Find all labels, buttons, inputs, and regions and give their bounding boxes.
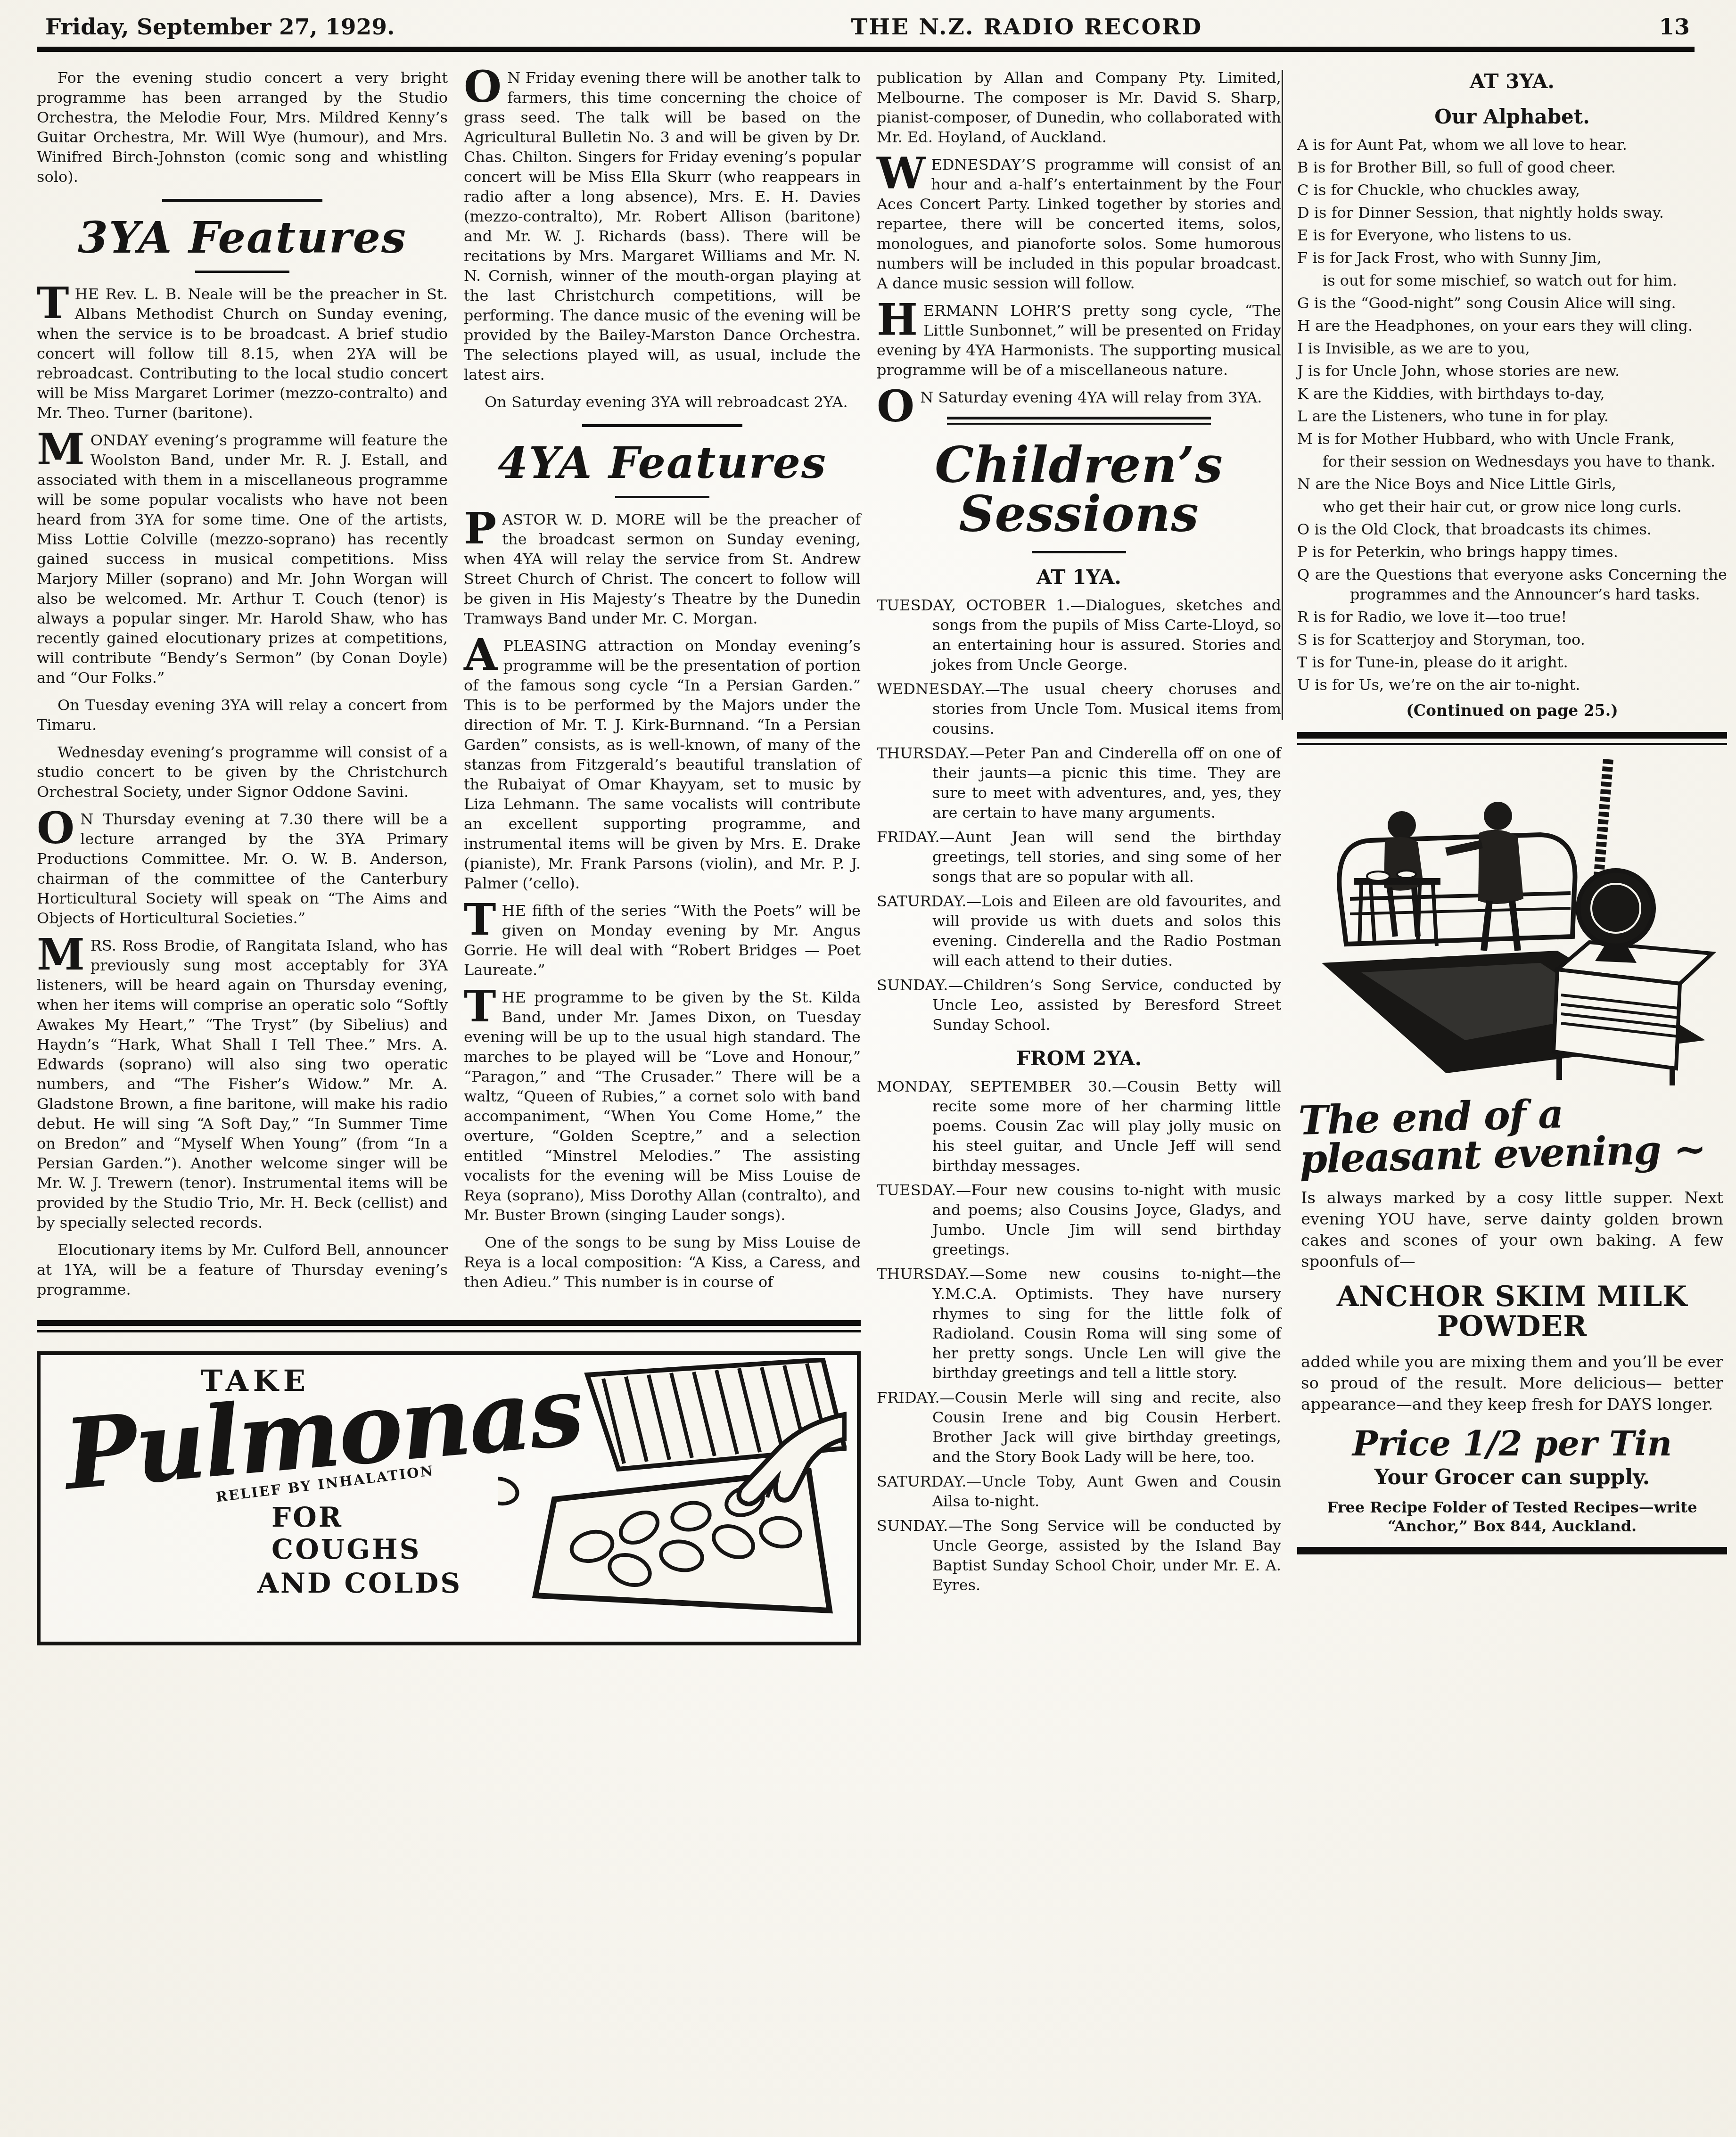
paragraph-text: HE fifth of the series “With the Poets” … [464,902,861,979]
paragraph-text: ONDAY evening’s programme will feature t… [37,431,448,687]
anchor-ad-headline: The end of a pleasant evening ~ [1298,1090,1728,1179]
article-paragraph: One of the songs to be sung by Miss Loui… [464,1233,861,1292]
alphabet-line: G is the “Good-night” song Cousin Alice … [1297,293,1727,313]
anchor-product-name: ANCHOR SKIM MILK POWDER [1297,1282,1727,1341]
ad-bottom-rule [1297,1547,1727,1554]
alphabet-line: C is for Chuckle, who chuckles away, [1297,180,1727,200]
masthead: Friday, September 27, 1929. THE N.Z. RAD… [37,10,1695,40]
masthead-title: THE N.Z. RADIO RECORD [851,14,1203,40]
article-paragraph: THE fifth of the series “With the Poets”… [464,901,861,980]
article-paragraph: ON Thursday evening at 7.30 there will b… [37,809,448,928]
drop-cap: H [877,304,918,336]
newspaper-page: Friday, September 27, 1929. THE N.Z. RAD… [0,0,1736,1645]
paragraph-text: HE programme to be given by the St. Kild… [464,988,861,1224]
session-entry: SUNDAY.—Children’s Song Service, conduct… [877,975,1281,1035]
session-entry: MONDAY, SEPTEMBER 30.—Cousin Betty will … [877,1077,1281,1175]
paragraph-text: ASTOR W. D. MORE will be the preacher of… [464,510,861,627]
article-paragraph: ON Friday evening there will be another … [464,68,861,385]
alphabet-line-continuation: who get their hair cut, or grow nice lon… [1297,497,1727,517]
continued-note: (Continued on page 25.) [1297,701,1727,720]
drop-cap: M [37,938,85,970]
anchor-price: Price 1/2 per Tin [1297,1427,1727,1461]
section-heading-3ya: 3YA Features [37,216,448,259]
article-paragraph: Elocutionary items by Mr. Culford Bell, … [37,1240,448,1299]
column-2: ON Friday evening there will be another … [464,68,861,1307]
drop-cap: T [37,287,69,319]
ad-top-rule [1297,732,1727,745]
subheading-from-2ya: FROM 2YA. [877,1047,1281,1070]
alphabet-line: I is Invisible, as we are to you, [1297,338,1727,358]
columns-grid: For the evening studio concert a very br… [37,68,1695,1645]
article-paragraph: ON Saturday evening 4YA will relay from … [877,387,1281,407]
alphabet-line: P is for Peterkin, who brings happy time… [1297,542,1727,562]
drop-cap: T [464,904,496,936]
page-number: 13 [1659,14,1690,40]
divider-double-rule [947,417,1211,425]
ad-separator-rule [37,1320,861,1332]
pulmonas-use-line1: FOR COUGHS [272,1501,498,1565]
divider-rule [582,424,742,427]
column-3: publication by Allan and Company Pty. Li… [877,68,1281,1645]
drop-cap: T [464,990,496,1022]
anchor-ad-body: Is always marked by a cosy little supper… [1301,1188,1723,1273]
column-4: AT 3YA. Our Alphabet. A is for Aunt Pat,… [1297,68,1727,1645]
alphabet-line: S is for Scatterjoy and Storyman, too. [1297,630,1727,649]
article-paragraph: MONDAY evening’s programme will feature … [37,430,448,688]
drop-cap: O [464,71,502,103]
article-paragraph: publication by Allan and Company Pty. Li… [877,68,1281,147]
article-paragraph: PASTOR W. D. MORE will be the preacher o… [464,510,861,628]
alphabet-line: J is for Uncle John, whose stories are n… [1297,361,1727,381]
alphabet-section: AT 3YA. Our Alphabet. A is for Aunt Pat,… [1282,70,1727,720]
paragraph-text: EDNESDAY’S programme will consist of an … [877,156,1281,292]
alphabet-line: A is for Aunt Pat, whom we all love to h… [1297,135,1727,155]
alphabet-line: H are the Headphones, on your ears they … [1297,316,1727,336]
alphabet-line: Q are the Questions that everyone asks C… [1297,565,1727,604]
subheading-our-alphabet: Our Alphabet. [1297,105,1727,128]
article-paragraph: For the evening studio concert a very br… [37,68,448,187]
article-paragraph: A PLEASING attraction on Monday evening’… [464,636,861,893]
alphabet-line-continuation: is out for some mischief, so watch out f… [1297,271,1727,290]
alphabet-line: N are the Nice Boys and Nice Little Girl… [1297,474,1727,494]
drop-cap: W [877,157,925,189]
article-paragraph: THE Rev. L. B. Neale will be the preache… [37,284,448,423]
article-paragraph: On Saturday evening 3YA will rebroadcast… [464,392,861,412]
column-1: For the evening studio concert a very br… [37,68,448,1307]
alphabet-line: R is for Radio, we love it—too true! [1297,607,1727,627]
alphabet-line-continuation: for their session on Wednesdays you have… [1297,452,1727,471]
drop-cap: O [37,812,74,844]
session-entry: SATURDAY.—Uncle Toby, Aunt Gwen and Cous… [877,1471,1281,1511]
pulmonas-advertisement: TAKE Pulmonas RELIEF BY INHALATION FOR C… [37,1320,861,1645]
section-heading-childrens-sessions: Children’s Sessions [877,441,1281,539]
alphabet-line: E is for Everyone, who listens to us. [1297,225,1727,245]
alphabet-line: M is for Mother Hubbard, who with Uncle … [1297,429,1727,449]
anchor-ad-body: added while you are mixing them and you’… [1301,1352,1723,1415]
paragraph-text: PLEASING attraction on Monday evening’s … [464,637,861,892]
divider-rule [615,496,709,498]
subheading-at-1ya: AT 1YA. [877,566,1281,589]
pulmonas-use-line2: AND COLDS [257,1567,498,1599]
alphabet-line: T is for Tune-in, please do it aright. [1297,652,1727,672]
alphabet-line: K are the Kiddies, with birthdays to-day… [1297,384,1727,403]
alphabet-line: L are the Listeners, who tune in for pla… [1297,406,1727,426]
drop-cap: M [37,433,85,465]
session-entry: THURSDAY.—Some new cousins to-night—the … [877,1264,1281,1383]
session-entry: FRIDAY.—Aunt Jean will send the birthday… [877,827,1281,887]
session-entry: TUESDAY.—Four new cousins to-night with … [877,1180,1281,1259]
anchor-recipe-offer: Free Recipe Folder of Tested Recipes—wri… [1311,1498,1713,1536]
alphabet-line: D is for Dinner Session, that nightly ho… [1297,203,1727,222]
anchor-advertisement: The end of a pleasant evening ~ Is alway… [1297,732,1727,1554]
article-paragraph: THE programme to be given by the St. Kil… [464,987,861,1225]
paragraph-text: HE Rev. L. B. Neale will be the preacher… [37,285,448,422]
paragraph-text: ERMANN LOHR’S pretty song cycle, “The Li… [877,302,1281,379]
article-paragraph: On Tuesday evening 3YA will relay a conc… [37,695,448,735]
article-paragraph: HERMANN LOHR’S pretty song cycle, “The L… [877,301,1281,380]
alphabet-line: O is the Old Clock, that broadcasts its … [1297,519,1727,539]
drop-cap: O [877,390,914,422]
paragraph-text: N Thursday evening at 7.30 there will be… [37,810,448,927]
anchor-ad-illustration [1305,757,1720,1087]
article-paragraph: MRS. Ross Brodie, of Rangitata Island, w… [37,936,448,1233]
article-paragraph: Wednesday evening’s programme will consi… [37,742,448,802]
paragraph-text: RS. Ross Brodie, of Rangitata Island, wh… [37,937,448,1232]
divider-rule [1032,551,1126,553]
section-heading-4ya: 4YA Features [464,441,861,485]
subheading-at-3ya: AT 3YA. [1297,70,1727,93]
anchor-grocer-line: Your Grocer can supply. [1297,1465,1727,1489]
paragraph-text: N Saturday evening 4YA will relay from 3… [920,388,1262,406]
session-entry: SATURDAY.—Lois and Eileen are old favour… [877,891,1281,970]
masthead-date: Friday, September 27, 1929. [45,14,395,40]
drop-cap: A [464,639,497,671]
pulmonas-ad-box: TAKE Pulmonas RELIEF BY INHALATION FOR C… [37,1351,861,1645]
article-paragraph: WEDNESDAY’S programme will consist of an… [877,155,1281,293]
session-entry: SUNDAY.—The Song Service will be conduct… [877,1516,1281,1595]
masthead-rule [37,47,1695,52]
divider-rule [162,199,322,202]
drop-cap: P [464,512,496,544]
divider-rule [195,271,289,273]
session-entry: FRIDAY.—Cousin Merle will sing and recit… [877,1388,1281,1467]
alphabet-line: U is for Us, we’re on the air to-night. [1297,675,1727,695]
pulmonas-ad-text: TAKE Pulmonas RELIEF BY INHALATION FOR C… [41,1355,498,1642]
session-entry: THURSDAY.—Peter Pan and Cinderella off o… [877,743,1281,822]
session-entry: TUESDAY, OCTOBER 1.—Dialogues, sketches … [877,595,1281,674]
alphabet-line: F is for Jack Frost, who with Sunny Jim, [1297,248,1727,268]
session-entry: WEDNESDAY.—The usual cheery choruses and… [877,679,1281,739]
paragraph-text: N Friday evening there will be another t… [464,69,861,384]
alphabet-line: B is for Brother Bill, so full of good c… [1297,157,1727,177]
